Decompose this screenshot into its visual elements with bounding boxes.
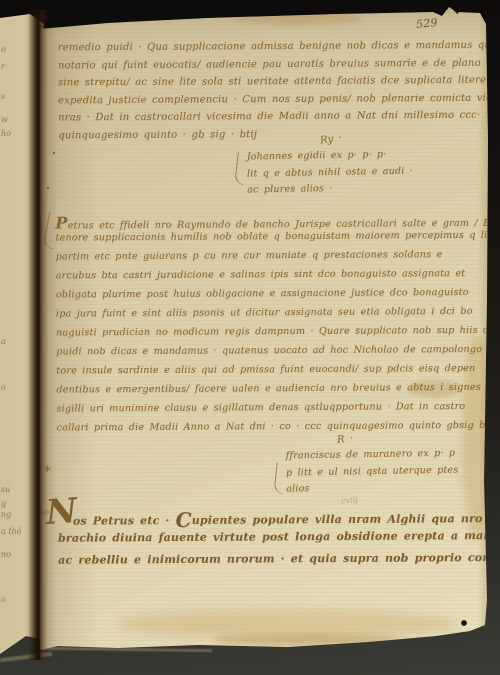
folio-number: 529 <box>415 16 438 31</box>
manuscript-line: callari prima die Madii Anno a Nat dni ·… <box>57 420 500 442</box>
signature-line: ac plures alios · <box>247 182 413 201</box>
book-gutter <box>28 10 48 660</box>
verso-text-fragment: o <box>1 384 6 392</box>
chancery-signature-2: ffranciscus de muranero ex p· p p litt e… <box>286 447 459 500</box>
verso-text-fragment: a <box>1 338 6 346</box>
manuscript-line: ac rebelliu e inimicorum nrorum · et qui… <box>58 550 500 576</box>
verso-text-fragment: o <box>1 46 6 54</box>
manuscript-page: 529 remedio puidi · Qua supplicacione ad… <box>38 0 490 675</box>
signature-line: alios <box>286 480 459 500</box>
verso-text-fragment: g <box>1 500 6 508</box>
initial-letter-C: C <box>175 508 191 532</box>
faint-pencil-note: cviij <box>341 495 358 505</box>
verso-text-fragment: ho <box>1 130 11 138</box>
chancery-signature-1: Johannes egidii ex p· p· p· lit q e abtu… <box>247 149 414 201</box>
line-text: os Petrus etc · <box>73 514 176 528</box>
verso-text-fragment: su <box>1 486 10 494</box>
verso-text-fragment: ng <box>1 511 11 519</box>
verso-text-fragment: a thõ <box>1 528 22 536</box>
entry-1: remedio puidi · Qua supplicacione admiss… <box>58 40 500 148</box>
verso-text-fragment: o <box>1 596 6 604</box>
verso-text-fragment: w <box>1 116 8 124</box>
manuscript-line: os Petrus etc · Cupientes populare villa… <box>58 505 500 531</box>
entry-3: os Petrus etc · Cupientes populare villa… <box>58 505 500 576</box>
stain <box>233 12 363 25</box>
verso-text-fragment: no <box>1 551 11 559</box>
manuscript-photograph: o r s w ho a o su g ng a thõ no o 529 re… <box>0 0 500 675</box>
flourish-bracket-2 <box>273 463 286 495</box>
registration-mark-2: R · <box>336 433 354 446</box>
initial-letter: P <box>55 213 67 232</box>
entry-2: Petrus etc ffideli nro Raymundo de banch… <box>55 211 500 442</box>
ink-speck <box>53 152 55 154</box>
manuscript-line: quinquagesimo quinto · gb sig · btij <box>58 128 500 148</box>
verso-text-fragment: s <box>1 93 5 101</box>
line-text: upientes populare villa nram Alghii qua … <box>192 512 500 527</box>
corner-tear <box>443 0 469 14</box>
stain <box>213 634 403 646</box>
stain <box>118 610 458 638</box>
wormhole <box>461 620 467 626</box>
manuscript-line: brachio diuina fauente virtute post long… <box>58 528 500 554</box>
verso-text-fragment: r <box>1 63 5 71</box>
